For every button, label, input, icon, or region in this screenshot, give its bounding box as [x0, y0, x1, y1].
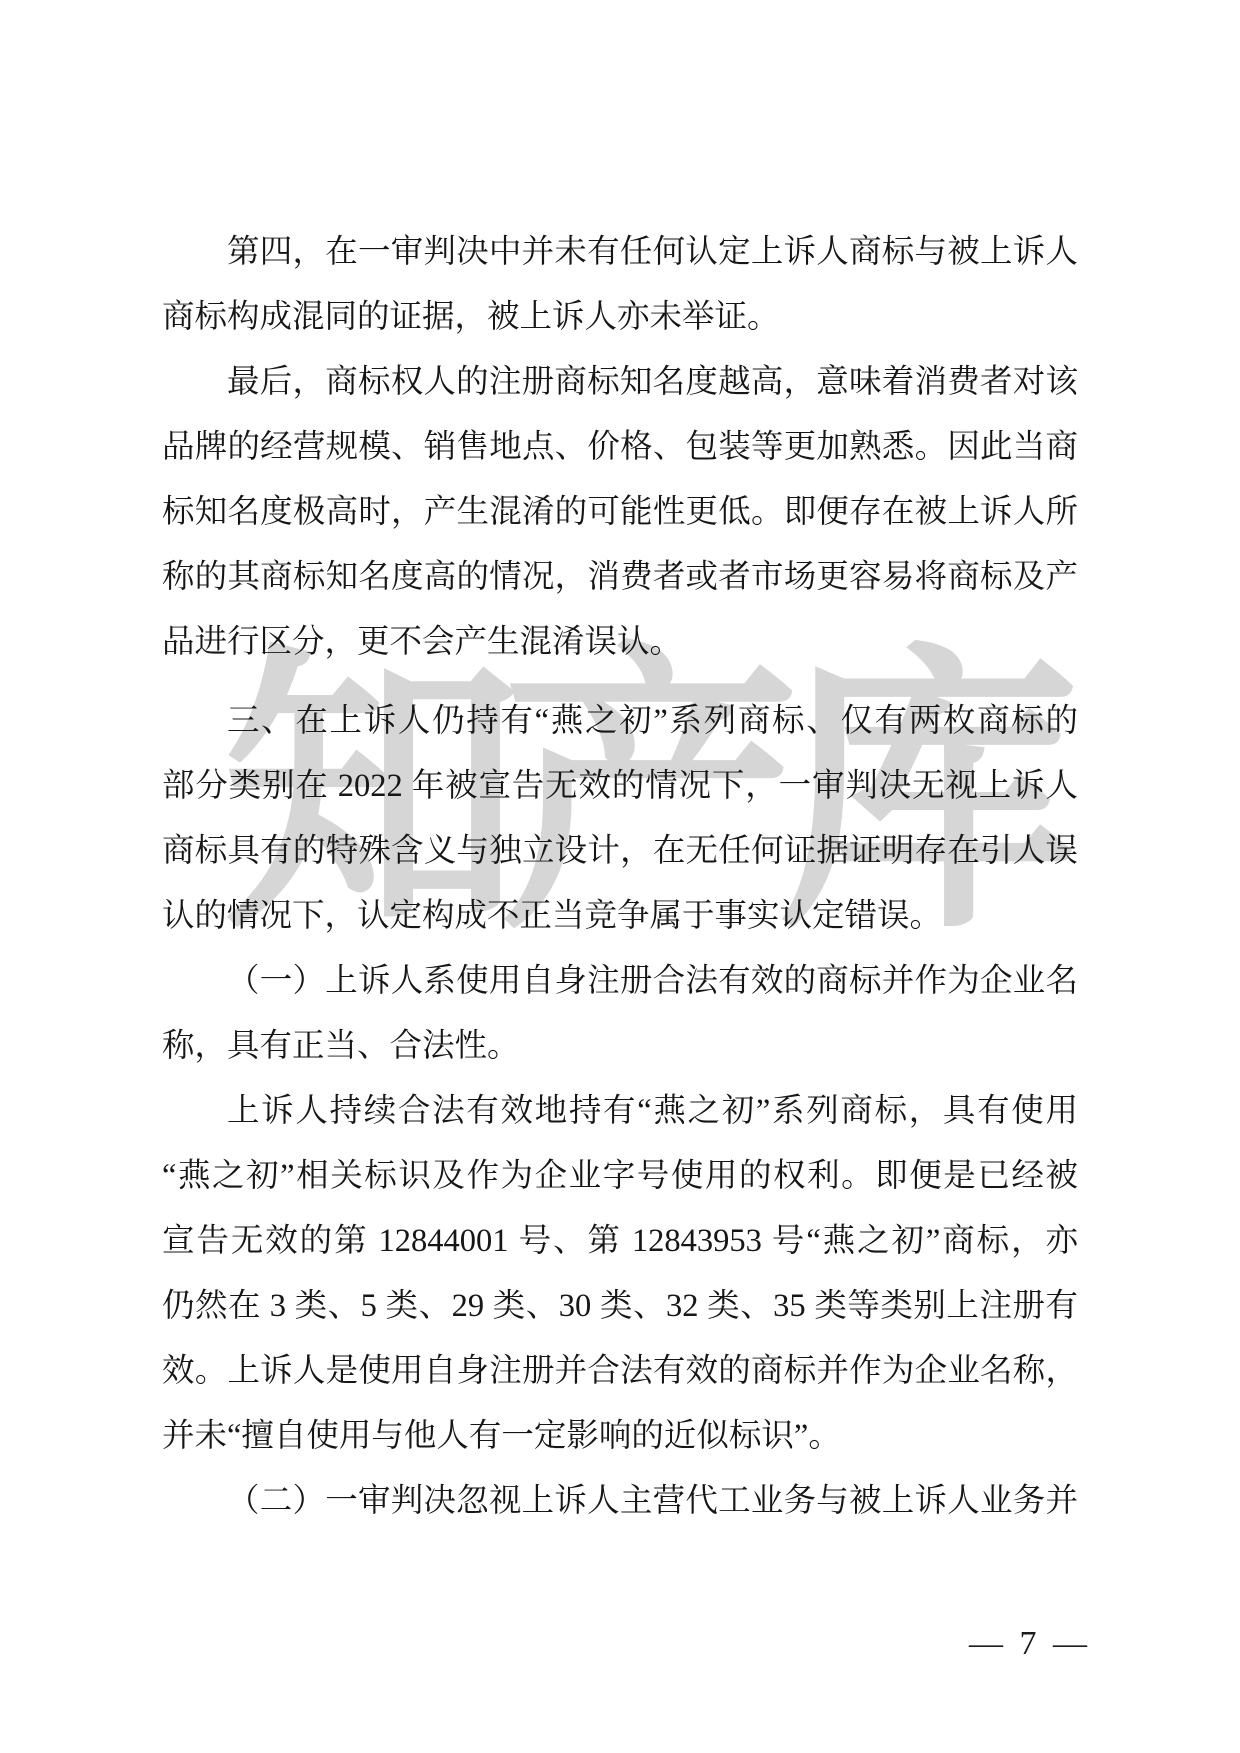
paragraph: 最后，商标权人的注册商标知名度越高，意味着消费者对该品牌的经营规模、销售地点、价…: [162, 350, 1078, 675]
text-line: 宣告无效的第 12844001 号、第 12843953 号“燕之初”商标，亦: [162, 1209, 1078, 1274]
text-line: 最后，商标权人的注册商标知名度越高，意味着消费者对该: [162, 350, 1078, 415]
text-line: 三、在上诉人仍持有“燕之初”系列商标、仅有两枚商标的: [162, 689, 1078, 754]
paragraph: （一）上诉人系使用自身注册合法有效的商标并作为企业名称，具有正当、合法性。: [162, 949, 1078, 1079]
text-line: 商标构成混同的证据，被上诉人亦未举证。: [162, 285, 1078, 350]
paragraph: 第四，在一审判决中并未有任何认定上诉人商标与被上诉人商标构成混同的证据，被上诉人…: [162, 220, 1078, 350]
text-line: 认的情况下，认定构成不正当竞争属于事实认定错误。: [162, 884, 1078, 949]
text-line: 第四，在一审判决中并未有任何认定上诉人商标与被上诉人: [162, 220, 1078, 285]
page-number: — 7 —: [930, 1622, 1130, 1666]
text-line: 部分类别在 2022 年被宣告无效的情况下，一审判决无视上诉人: [162, 754, 1078, 819]
text-line: 并未“擅自使用与他人有一定影响的近似标识”。: [162, 1404, 1078, 1469]
text-line: 品牌的经营规模、销售地点、价格、包装等更加熟悉。因此当商: [162, 415, 1078, 480]
text-line: 上诉人持续合法有效地持有“燕之初”系列商标，具有使用: [162, 1079, 1078, 1144]
text-line: 品进行区分，更不会产生混淆误认。: [162, 610, 1078, 675]
paragraph: 三、在上诉人仍持有“燕之初”系列商标、仅有两枚商标的部分类别在 2022 年被宣…: [162, 689, 1078, 949]
document-body: 第四，在一审判决中并未有任何认定上诉人商标与被上诉人商标构成混同的证据，被上诉人…: [162, 220, 1078, 1534]
text-line: （一）上诉人系使用自身注册合法有效的商标并作为企业名: [162, 949, 1078, 1014]
text-line: 称，具有正当、合法性。: [162, 1014, 1078, 1079]
document-page: 知产库 第四，在一审判决中并未有任何认定上诉人商标与被上诉人商标构成混同的证据，…: [0, 0, 1240, 1753]
text-line: 商标具有的特殊含义与独立设计，在无任何证据证明存在引人误: [162, 819, 1078, 884]
text-line: 标知名度极高时，产生混淆的可能性更低。即便存在被上诉人所: [162, 480, 1078, 545]
text-line: （二）一审判决忽视上诉人主营代工业务与被上诉人业务并: [162, 1469, 1078, 1534]
text-line: 效。上诉人是使用自身注册并合法有效的商标并作为企业名称，: [162, 1339, 1078, 1404]
paragraph: 上诉人持续合法有效地持有“燕之初”系列商标，具有使用“燕之初”相关标识及作为企业…: [162, 1079, 1078, 1469]
text-line: 仍然在 3 类、5 类、29 类、30 类、32 类、35 类等类别上注册有: [162, 1274, 1078, 1339]
paragraph: （二）一审判决忽视上诉人主营代工业务与被上诉人业务并: [162, 1469, 1078, 1534]
text-line: “燕之初”相关标识及作为企业字号使用的权利。即便是已经被: [162, 1144, 1078, 1209]
text-line: 称的其商标知名度高的情况，消费者或者市场更容易将商标及产: [162, 545, 1078, 610]
